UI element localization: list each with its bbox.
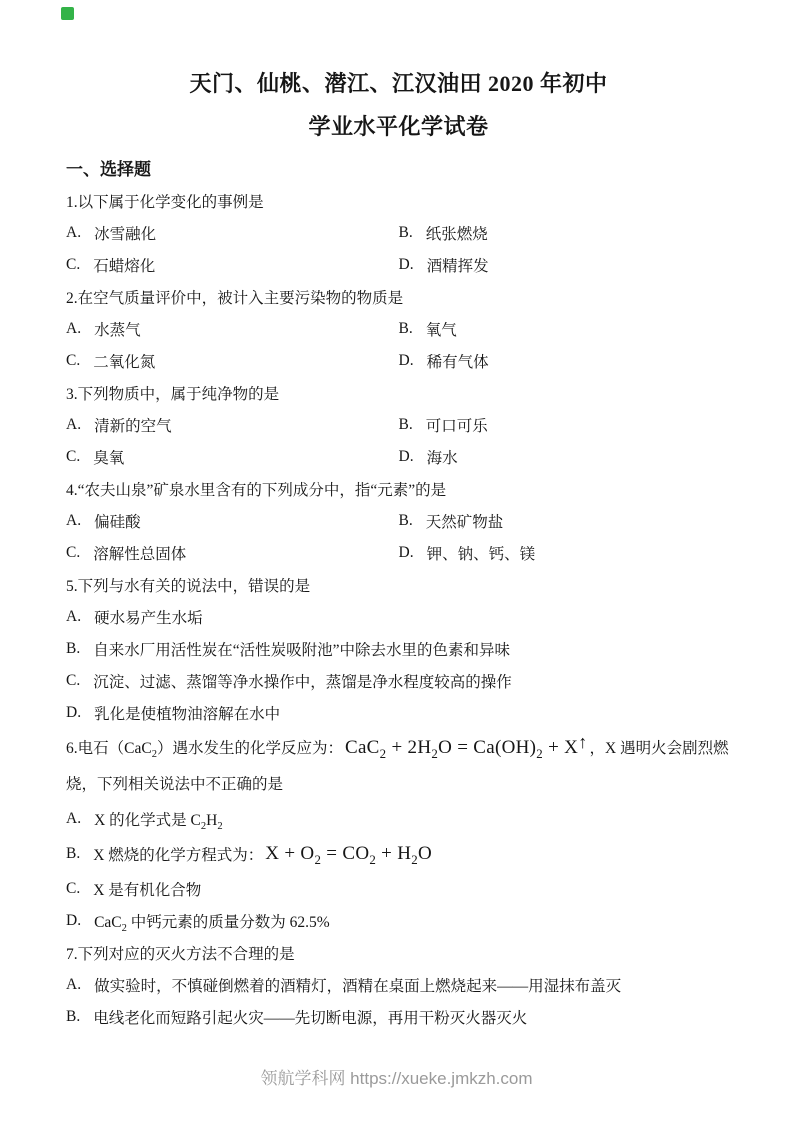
question-1-option-c: C.石蜡熔化 xyxy=(66,249,399,281)
question-4: 4.“农夫山泉”矿泉水里含有的下列成分中，指“元素”的是 A.偏硅酸 B.天然矿… xyxy=(66,473,731,569)
question-5-option-d: D.乳化是使植物油溶解在水中 xyxy=(66,697,731,729)
option-label: C. xyxy=(66,880,80,898)
footer-site-link[interactable]: 领航学科网 https://xueke.jmkzh.com xyxy=(260,1069,532,1088)
question-4-option-a: A.偏硅酸 xyxy=(66,505,399,537)
question-3-option-d: D.海水 xyxy=(399,441,732,473)
option-text: 海水 xyxy=(427,446,458,468)
option-label: A. xyxy=(66,976,81,994)
question-4-option-b: B.天然矿物盐 xyxy=(399,505,732,537)
option-label: B. xyxy=(399,224,413,242)
question-5-option-a: A.硬水易产生水垢 xyxy=(66,601,731,633)
option-text: 水蒸气 xyxy=(94,318,141,340)
option-text: CaC2 中钙元素的质量分数为 62.5% xyxy=(94,910,330,932)
exam-paper-page: { "meta": { "accent_green": "#33b348", "… xyxy=(0,0,793,1122)
question-6-option-a: A.X 的化学式是 C2H2 xyxy=(66,803,731,835)
option-label: B. xyxy=(399,512,413,530)
option-text: 清新的空气 xyxy=(94,414,172,436)
option-text: 电线老化而短路引起火灾——先切断电源，再用干粉灭火器灭火 xyxy=(93,1006,527,1028)
question-3-option-a: A.清新的空气 xyxy=(66,409,399,441)
option-text: 溶解性总固体 xyxy=(93,542,186,564)
option-text: 酒精挥发 xyxy=(427,254,489,276)
option-text: 硬水易产生水垢 xyxy=(94,606,203,628)
question-6-option-b: B.X 燃烧的化学方程式为：X + O2 = CO2 + H2O xyxy=(66,835,731,873)
question-6-option-d: D.CaC2 中钙元素的质量分数为 62.5% xyxy=(66,905,731,937)
option-text: 自来水厂用活性炭在“活性炭吸附池”中除去水里的色素和异味 xyxy=(93,638,510,660)
option-text: X 燃烧的化学方程式为： xyxy=(93,843,263,865)
question-3: 3.下列物质中，属于纯净物的是 A.清新的空气 B.可口可乐 C.臭氧 D.海水 xyxy=(66,377,731,473)
option-label: C. xyxy=(66,352,80,370)
option-label: C. xyxy=(66,256,80,274)
option-label: D. xyxy=(399,256,414,274)
option-text: 稀有气体 xyxy=(427,350,489,372)
question-4-option-c: C.溶解性总固体 xyxy=(66,537,399,569)
option-label: C. xyxy=(66,672,80,690)
option-label: B. xyxy=(66,845,80,863)
option-text: 可口可乐 xyxy=(426,414,488,436)
option-text: 臭氧 xyxy=(93,446,124,468)
option-label: C. xyxy=(66,448,80,466)
question-4-options: A.偏硅酸 B.天然矿物盐 C.溶解性总固体 D.钾、钠、钙、镁 xyxy=(66,505,731,569)
option-label: A. xyxy=(66,224,81,242)
question-2-option-b: B.氧气 xyxy=(399,313,732,345)
question-5-stem: 5.下列与水有关的说法中，错误的是 xyxy=(66,569,731,601)
option-label: D. xyxy=(66,704,81,722)
option-text: 偏硅酸 xyxy=(94,510,141,532)
option-text: X 的化学式是 C2H2 xyxy=(94,808,223,830)
option-label: B. xyxy=(399,416,413,434)
chemical-equation: X + O2 = CO2 + H2O xyxy=(263,843,434,865)
option-text: 氧气 xyxy=(426,318,457,340)
question-1-stem: 1.以下属于化学变化的事例是 xyxy=(66,185,731,217)
question-3-option-b: B.可口可乐 xyxy=(399,409,732,441)
option-text: 冰雪融化 xyxy=(94,222,156,244)
question-2-option-c: C.二氧化氮 xyxy=(66,345,399,377)
option-label: D. xyxy=(399,448,414,466)
question-7-stem: 7.下列对应的灭火方法不合理的是 xyxy=(66,937,731,969)
option-label: A. xyxy=(66,608,81,626)
question-1-option-d: D.酒精挥发 xyxy=(399,249,732,281)
question-7-option-a: A.做实验时，不慎碰倒燃着的酒精灯，酒精在桌面上燃烧起来——用湿抹布盖灭 xyxy=(66,969,731,1001)
question-5-option-c: C.沉淀、过滤、蒸馏等净水操作中，蒸馏是净水程度较高的操作 xyxy=(66,665,731,697)
paper-title-line1: 天门、仙桃、潜江、江汉油田 2020 年初中 xyxy=(66,68,731,100)
option-text: X 是有机化合物 xyxy=(93,878,201,900)
stem-text: 6.电石（CaC2）遇水发生的化学反应为： xyxy=(66,740,343,757)
option-label: D. xyxy=(399,352,414,370)
question-2-option-a: A.水蒸气 xyxy=(66,313,399,345)
option-label: B. xyxy=(66,1008,80,1026)
option-label: A. xyxy=(66,416,81,434)
option-label: B. xyxy=(399,320,413,338)
question-1-option-a: A.冰雪融化 xyxy=(66,217,399,249)
option-label: A. xyxy=(66,810,81,828)
question-7-option-b: B.电线老化而短路引起火灾——先切断电源，再用干粉灭火器灭火 xyxy=(66,1001,731,1033)
option-label: D. xyxy=(66,912,81,930)
question-3-stem: 3.下列物质中，属于纯净物的是 xyxy=(66,377,731,409)
question-3-options: A.清新的空气 B.可口可乐 C.臭氧 D.海水 xyxy=(66,409,731,473)
question-2: 2.在空气质量评价中，被计入主要污染物的物质是 A.水蒸气 B.氧气 C.二氧化… xyxy=(66,281,731,377)
question-2-option-d: D.稀有气体 xyxy=(399,345,732,377)
question-6: 6.电石（CaC2）遇水发生的化学反应为：CaC2 + 2H2O = Ca(OH… xyxy=(66,729,731,937)
question-5: 5.下列与水有关的说法中，错误的是 A.硬水易产生水垢 B.自来水厂用活性炭在“… xyxy=(66,569,731,729)
section-heading-choice: 一、选择题 xyxy=(66,155,731,185)
option-text: 做实验时，不慎碰倒燃着的酒精灯，酒精在桌面上燃烧起来——用湿抹布盖灭 xyxy=(94,974,621,996)
exam-paper-content: 天门、仙桃、潜江、江汉油田 2020 年初中 学业水平化学试卷 一、选择题 1.… xyxy=(0,0,793,1033)
option-text: 天然矿物盐 xyxy=(426,510,504,532)
option-text: 纸张燃烧 xyxy=(426,222,488,244)
option-label: A. xyxy=(66,320,81,338)
option-text: 钾、钠、钙、镁 xyxy=(427,542,536,564)
question-7: 7.下列对应的灭火方法不合理的是 A.做实验时，不慎碰倒燃着的酒精灯，酒精在桌面… xyxy=(66,937,731,1033)
question-1-option-b: B.纸张燃烧 xyxy=(399,217,732,249)
option-text: 石蜡熔化 xyxy=(93,254,155,276)
question-6-stem: 6.电石（CaC2）遇水发生的化学反应为：CaC2 + 2H2O = Ca(OH… xyxy=(66,729,731,803)
question-1-options: A.冰雪融化 B.纸张燃烧 C.石蜡熔化 D.酒精挥发 xyxy=(66,217,731,281)
question-2-stem: 2.在空气质量评价中，被计入主要污染物的物质是 xyxy=(66,281,731,313)
option-text: 二氧化氮 xyxy=(93,350,155,372)
question-4-stem: 4.“农夫山泉”矿泉水里含有的下列成分中，指“元素”的是 xyxy=(66,473,731,505)
footer-watermark: 领航学科网 https://xueke.jmkzh.com xyxy=(0,1062,793,1096)
question-1: 1.以下属于化学变化的事例是 A.冰雪融化 B.纸张燃烧 C.石蜡熔化 D.酒精… xyxy=(66,185,731,281)
question-4-option-d: D.钾、钠、钙、镁 xyxy=(399,537,732,569)
option-label: D. xyxy=(399,544,414,562)
question-6-option-c: C.X 是有机化合物 xyxy=(66,873,731,905)
option-label: A. xyxy=(66,512,81,530)
question-3-option-c: C.臭氧 xyxy=(66,441,399,473)
option-label: B. xyxy=(66,640,80,658)
paper-title-line2: 学业水平化学试卷 xyxy=(66,111,731,143)
option-text: 乳化是使植物油溶解在水中 xyxy=(94,702,280,724)
question-2-options: A.水蒸气 B.氧气 C.二氧化氮 D.稀有气体 xyxy=(66,313,731,377)
question-5-option-b: B.自来水厂用活性炭在“活性炭吸附池”中除去水里的色素和异味 xyxy=(66,633,731,665)
option-text: 沉淀、过滤、蒸馏等净水操作中，蒸馏是净水程度较高的操作 xyxy=(93,670,512,692)
chemical-equation: CaC2 + 2H2O = Ca(OH)2 + X↑ xyxy=(343,737,590,758)
green-corner-watermark xyxy=(61,7,74,20)
option-label: C. xyxy=(66,544,80,562)
